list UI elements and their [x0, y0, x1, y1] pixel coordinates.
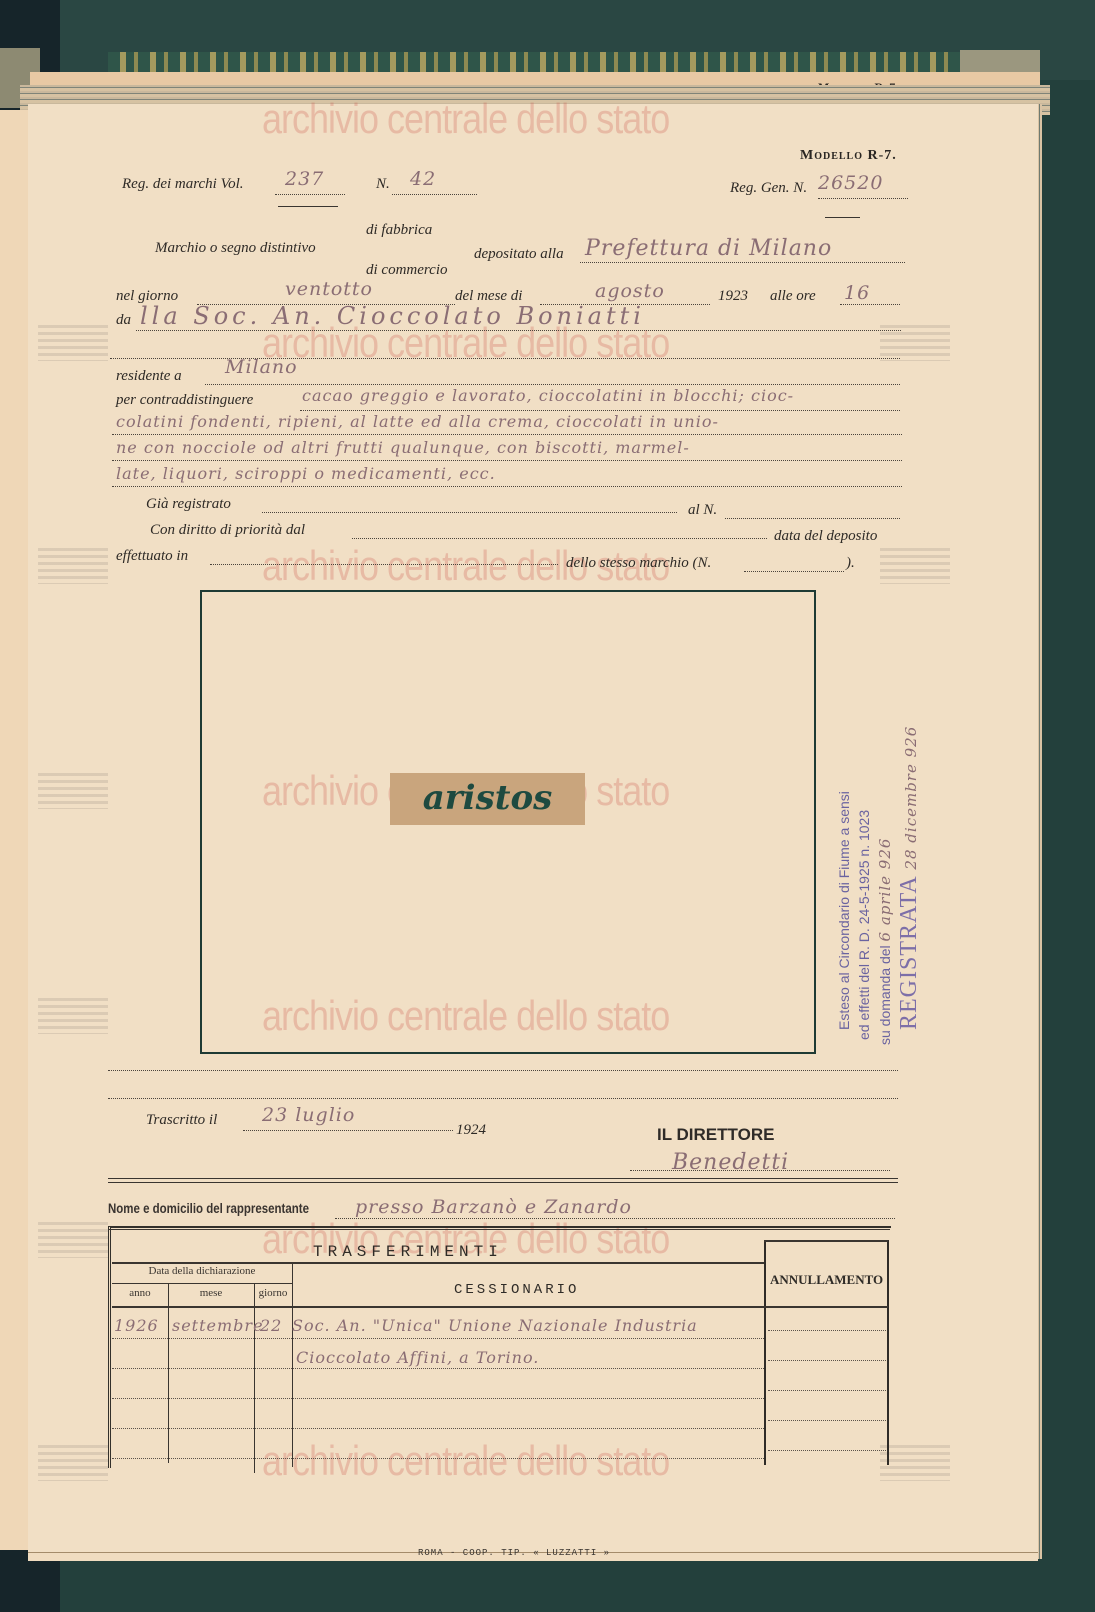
col-divider [764, 1240, 766, 1465]
registrata-stamp: REGISTRATA 28 dicembre 926 [896, 726, 923, 1030]
col-anno: anno [112, 1287, 168, 1299]
col-giorno: giorno [254, 1287, 292, 1299]
watermark-logo [880, 548, 950, 584]
giorno-value: ventotto [285, 278, 373, 300]
row-line [768, 1360, 886, 1361]
da-value: lla Soc. An. Cioccolato Boniatti [140, 302, 645, 330]
row-line [112, 1368, 764, 1369]
reg-gen-value: 26520 [818, 172, 883, 194]
row-line [112, 1428, 764, 1429]
data-deposito-label: data del deposito [774, 528, 877, 545]
gia-registrato-label: Già registrato [146, 496, 231, 513]
trascritto-line [243, 1130, 453, 1131]
separator [825, 217, 860, 218]
ore-value: 16 [844, 282, 870, 304]
model-label: Modello R-7. [800, 148, 897, 164]
residente-label: residente a [116, 368, 182, 385]
products-label: per contraddistinguere [116, 392, 253, 409]
stesso-marchio-label: dello stesso marchio (N. [566, 555, 711, 572]
row-line [112, 1338, 764, 1339]
deposited-line [580, 262, 905, 263]
row-cessionario-line-2: Cioccolato Affini, a Torino. [296, 1348, 539, 1367]
trascritto-year: 1924 [456, 1122, 486, 1139]
mark-type-label: Marchio o segno distintivo [155, 240, 316, 257]
vol-line [275, 194, 345, 195]
col-divider [168, 1283, 169, 1463]
residente-value: Milano [225, 356, 298, 378]
year-value: 1923 [718, 288, 748, 305]
ore-line [840, 304, 900, 305]
products-line [300, 410, 900, 411]
option-fabbrica: di fabbrica [366, 222, 432, 239]
col-date-group: Data della dichiarazione [112, 1265, 292, 1277]
watermark-logo [38, 998, 108, 1034]
row-mese: settembre [172, 1316, 264, 1335]
section-divider [108, 1178, 898, 1183]
header-rule [112, 1283, 292, 1284]
row-line [112, 1458, 764, 1459]
director-title: IL DIRETTORE [657, 1125, 774, 1145]
header-rule [112, 1262, 764, 1264]
extension-stamp-line-1: Esteso al Circondario di Fiume a sensi [836, 791, 852, 1030]
n-value: 42 [410, 168, 436, 190]
n-line [392, 194, 477, 195]
effettuato-label: effettuato in [116, 548, 188, 565]
da-line [136, 330, 901, 331]
watermark-logo [38, 548, 108, 584]
col-annullamento: ANNULLAMENTO [770, 1272, 883, 1288]
row-line [768, 1330, 886, 1331]
col-mese: mese [168, 1287, 254, 1299]
extension-stamp-prefix: su domanda del [877, 945, 893, 1045]
header-bottom-rule [112, 1306, 888, 1308]
extension-stamp-date: 6 aprile 926 [876, 838, 894, 942]
blank-line [108, 1070, 898, 1071]
vol-value: 237 [285, 168, 324, 190]
products-line-3: ne con nocciole od altri frutti qualunqu… [116, 438, 690, 457]
n-label: N. [376, 176, 390, 193]
extension-stamp-line-3: su domanda del 6 aprile 926 [876, 838, 894, 1045]
row-line [112, 1398, 764, 1399]
signature-line [630, 1170, 890, 1171]
products-line [112, 460, 902, 461]
watermark-logo [38, 325, 108, 361]
al-n-line [725, 518, 900, 519]
director-signature: Benedetti [672, 1150, 789, 1175]
row-giorno: 22 [260, 1316, 282, 1335]
transfers-title: TRASFERIMENTI [313, 1243, 503, 1261]
extension-stamp-line-2: ed effetti del R. D. 24-5-1925 n. 1023 [856, 810, 872, 1040]
ore-label: alle ore [770, 288, 816, 305]
al-n-label: al N. [688, 502, 717, 519]
gia-registrato-line [262, 512, 677, 513]
blank-line [108, 1098, 898, 1099]
trademark-label: aristos [390, 773, 585, 825]
row-cessionario-line-1: Soc. An. "Unica" Unione Nazionale Indust… [292, 1316, 698, 1335]
row-line [768, 1390, 886, 1391]
printer-imprint: ROMA - COOP. TIP. « LUZZATTI » [418, 1548, 610, 1558]
trascritto-label: Trascritto il [146, 1112, 217, 1129]
stesso-marchio-line [744, 571, 844, 572]
stesso-marchio-close: ). [846, 555, 855, 572]
table-top-rule [108, 1229, 890, 1230]
representative-line [335, 1218, 895, 1219]
registrata-label: REGISTRATA [896, 877, 922, 1030]
watermark-logo [38, 1445, 108, 1481]
da-label: da [116, 312, 131, 329]
deposited-label: depositato alla [474, 246, 564, 263]
watermark-logo [38, 1222, 108, 1258]
products-line [112, 486, 902, 487]
representative-value: presso Barzanò e Zanardo [355, 1196, 632, 1218]
row-line [768, 1420, 886, 1421]
products-line [112, 434, 902, 435]
col-divider [254, 1283, 255, 1473]
col-divider [292, 1262, 293, 1467]
trascritto-value: 23 luglio [262, 1104, 355, 1126]
deposited-value: Prefettura di Milano [585, 236, 832, 261]
reg-gen-line [818, 198, 908, 199]
reg-marchi-label: Reg. dei marchi Vol. [122, 176, 244, 193]
reg-gen-label: Reg. Gen. N. [730, 180, 807, 197]
watermark-logo [38, 773, 108, 809]
registrata-date: 28 dicembre 926 [902, 726, 920, 870]
row-anno: 1926 [114, 1316, 159, 1335]
products-line-2: colatini fondenti, ripieni, al latte ed … [116, 412, 719, 431]
watermark: archivio centrale dello stato [262, 95, 669, 143]
left-page-edge [0, 110, 30, 1550]
effettuato-line [210, 564, 558, 565]
option-commercio: di commercio [366, 262, 448, 279]
separator [278, 206, 338, 207]
row-line [768, 1450, 886, 1451]
priorita-line [352, 538, 767, 539]
mese-value: agosto [595, 280, 665, 302]
products-line-1: cacao greggio e lavorato, cioccolatini i… [302, 386, 794, 405]
marbled-edge [108, 52, 988, 74]
header-rule [764, 1240, 888, 1242]
col-divider [887, 1240, 889, 1465]
representative-label: Nome e domicilio del rappresentante [108, 1200, 309, 1216]
products-line-4: late, liquori, sciroppi o medicamenti, e… [116, 464, 496, 483]
priorita-label: Con diritto di priorità dal [150, 522, 305, 539]
col-cessionario: CESSIONARIO [454, 1282, 579, 1298]
residente-line [205, 384, 900, 385]
